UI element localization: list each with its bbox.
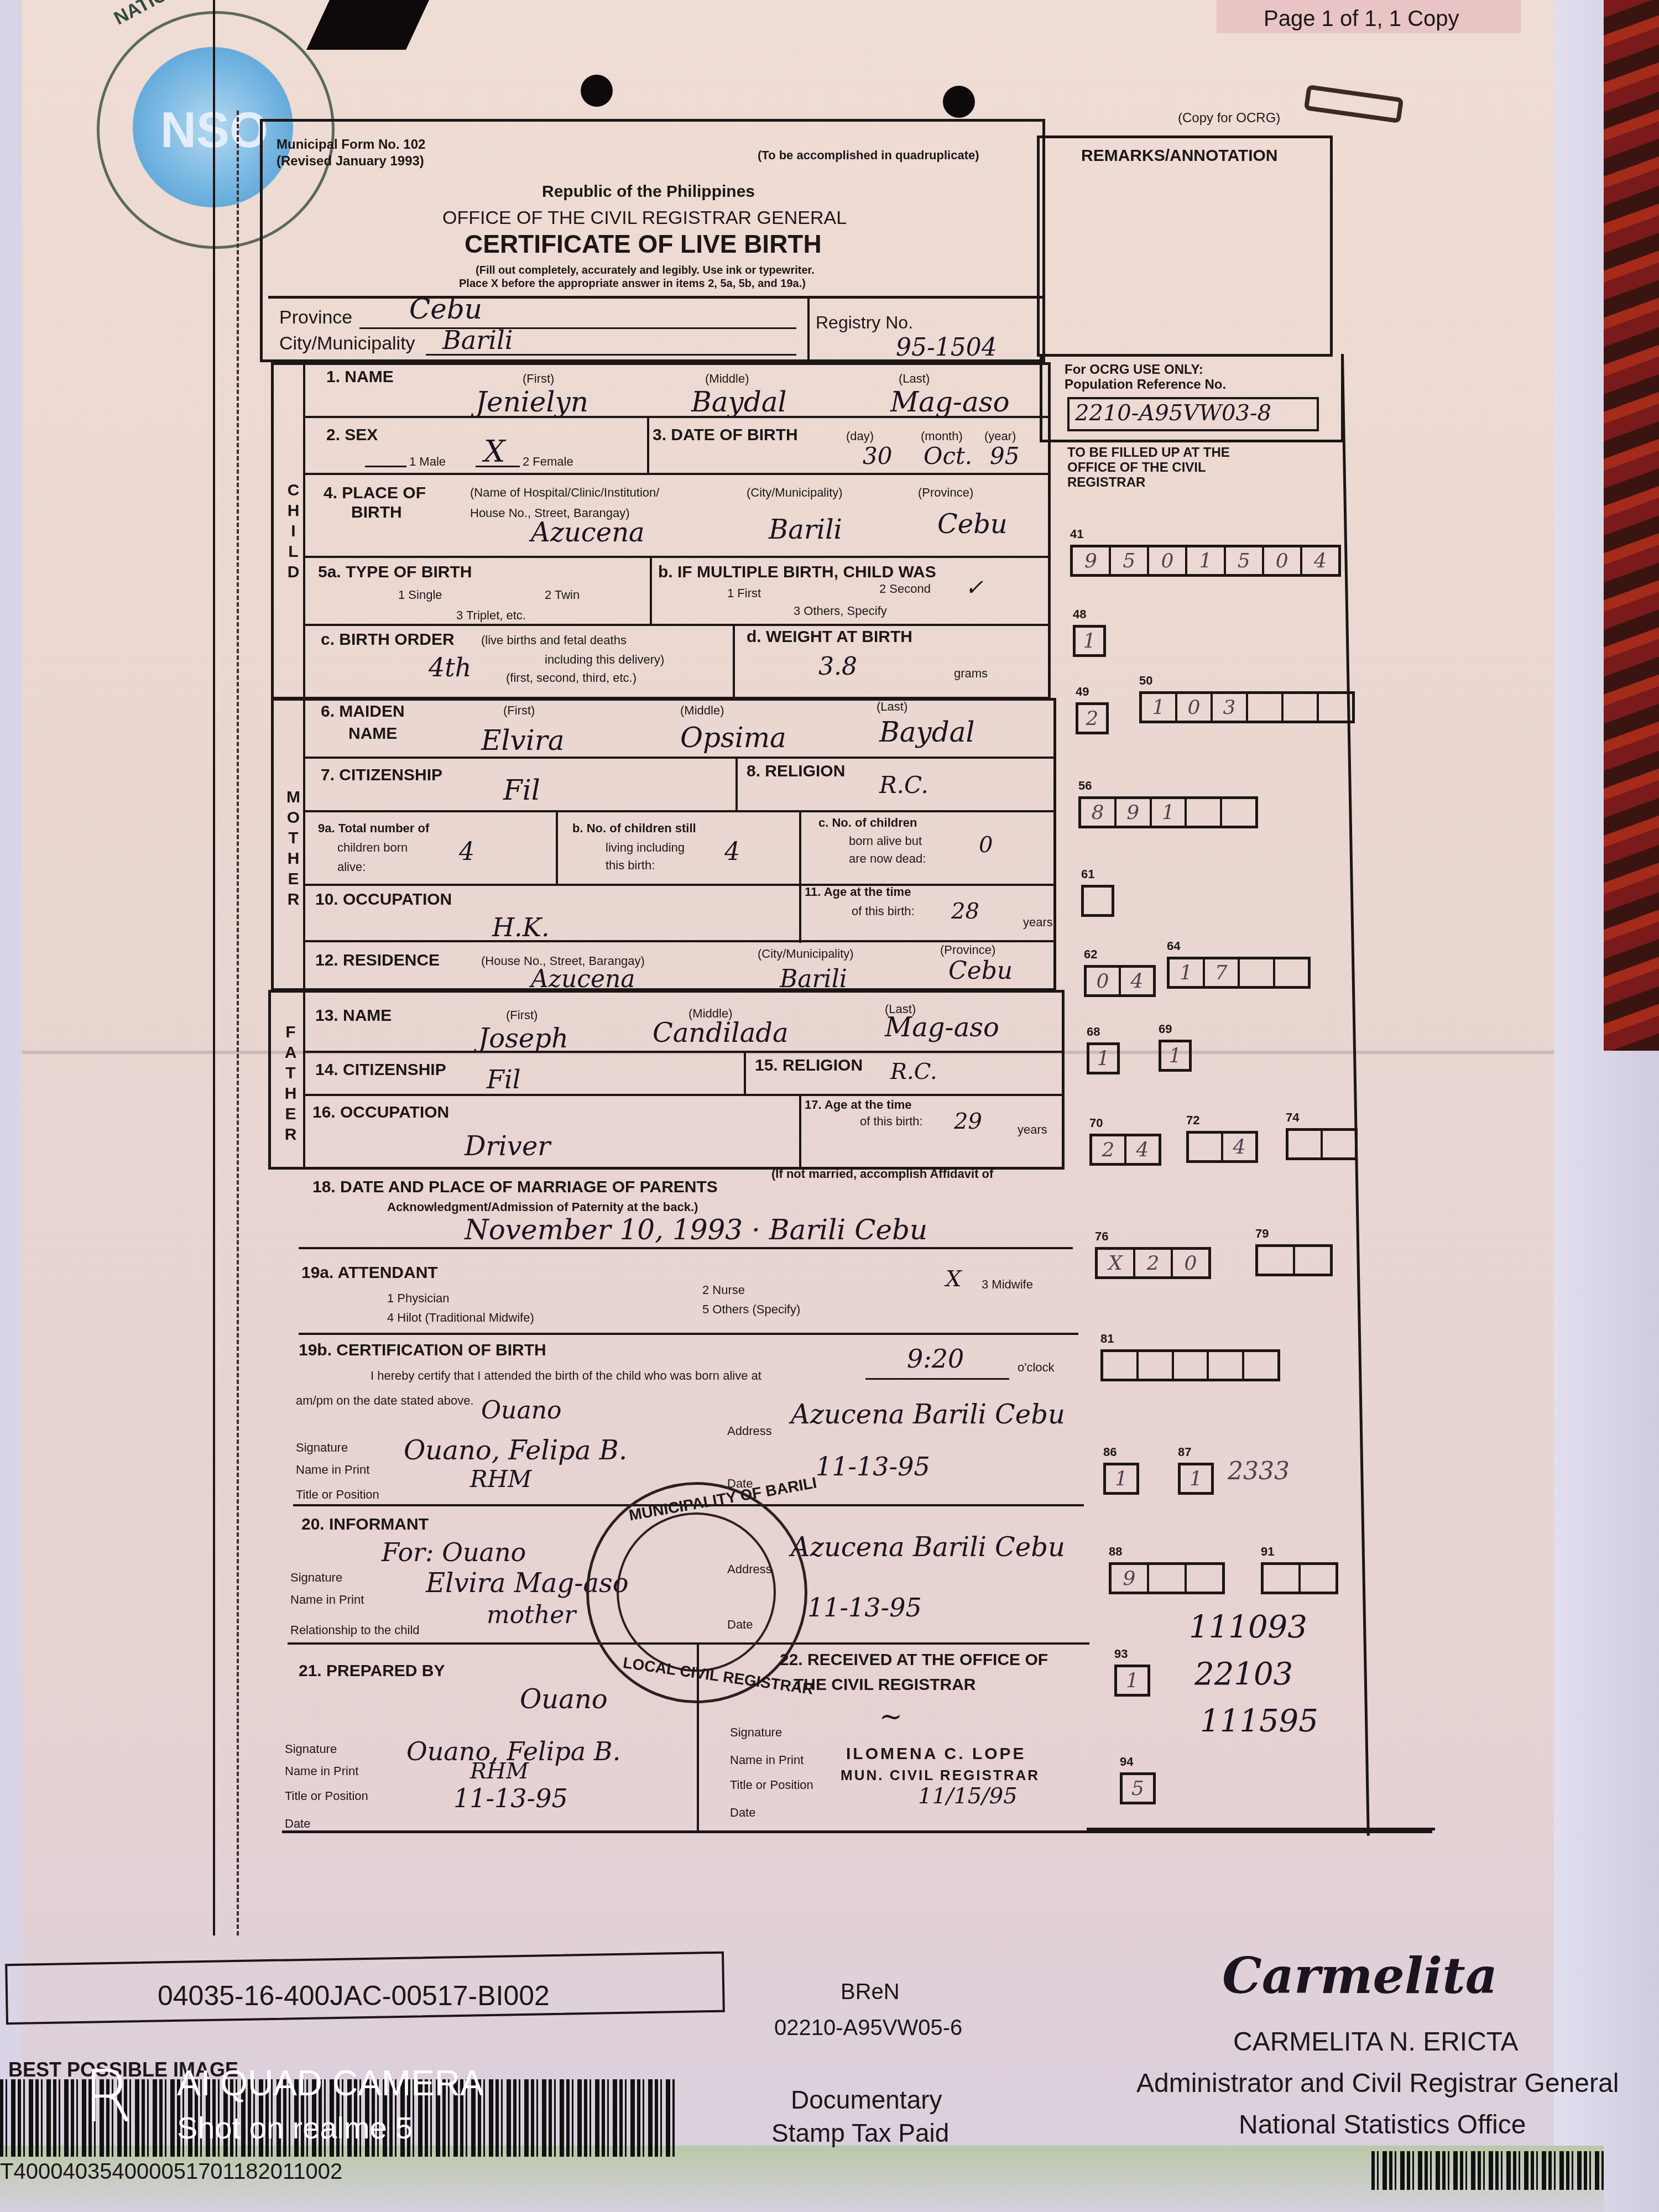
- code-cell: 5: [1226, 547, 1264, 574]
- attendant-title: RHM: [470, 1465, 531, 1493]
- code-62-field[interactable]: 04: [1084, 965, 1156, 997]
- total-children-value: 4: [459, 838, 474, 866]
- code-cell: 1: [1161, 1042, 1189, 1069]
- divider: [282, 1830, 1432, 1833]
- code-cell: 4: [1121, 968, 1153, 994]
- informant-label: 20. INFORMANT: [301, 1515, 429, 1534]
- birth-type-twin[interactable]: 2 Twin: [545, 588, 580, 602]
- code-cell: 0: [1173, 1250, 1208, 1276]
- code-cell: [1222, 799, 1255, 826]
- code-79-label: 79: [1255, 1227, 1269, 1241]
- attendant-name: Ouano, Felipa B.: [404, 1435, 627, 1466]
- father-religion: R.C.: [890, 1059, 937, 1084]
- mother-first-name: Elvira: [481, 724, 564, 757]
- attendant-label: 19a. ATTENDANT: [301, 1264, 438, 1282]
- child-last-name: Mag-aso: [890, 386, 1009, 418]
- code-cell: [1264, 1565, 1301, 1592]
- code-62-label: 62: [1084, 947, 1097, 962]
- dob-month-label: (month): [921, 429, 963, 444]
- living-children-label-3: this birth:: [606, 858, 655, 873]
- maiden-name-label-2: NAME: [348, 724, 397, 743]
- address-label: Address: [727, 1424, 772, 1438]
- divider: [1087, 1828, 1435, 1830]
- father-age-label-2: of this birth:: [860, 1114, 923, 1129]
- code-79-field[interactable]: [1255, 1244, 1333, 1276]
- code-93-field[interactable]: 1: [1114, 1665, 1150, 1697]
- mother-religion-label: 8. RELIGION: [747, 762, 845, 781]
- code-87-field[interactable]: 1: [1178, 1463, 1214, 1495]
- residence-city: Barili: [780, 965, 847, 993]
- handwritten-note-2: 22103: [1194, 1656, 1293, 1692]
- certification-text-2: am/pm on the date stated above.: [296, 1394, 474, 1408]
- ocrg-label: For OCRG USE ONLY:: [1065, 362, 1203, 378]
- divider: [647, 416, 649, 474]
- dead-children-label-3: are now dead:: [849, 852, 926, 866]
- province-label: Province: [279, 307, 352, 328]
- mother-citizenship: Fil: [503, 774, 540, 806]
- multiple-second[interactable]: 2 Second: [879, 582, 931, 596]
- sex-female-mark: X: [484, 434, 505, 469]
- multiple-others[interactable]: 3 Others, Specify: [794, 604, 887, 618]
- page-title: CERTIFICATE OF LIVE BIRTH: [465, 229, 822, 259]
- last-label: (Last): [899, 372, 930, 386]
- mother-occupation-label: 10. OCCUPATION: [315, 890, 452, 909]
- code-56-field[interactable]: 891: [1078, 796, 1258, 828]
- certification-text: I hereby certify that I attended the bir…: [371, 1369, 761, 1383]
- weight-unit: grams: [954, 666, 988, 681]
- code-cell: [1139, 1352, 1174, 1379]
- code-76-label: 76: [1095, 1229, 1108, 1244]
- total-children-label-3: alive:: [337, 860, 366, 874]
- code-cell: 0: [1087, 968, 1121, 994]
- pob-city-hint: (City/Municipality): [747, 486, 843, 500]
- last-label: (Last): [877, 700, 907, 714]
- birth-order-value: 4th: [429, 653, 471, 682]
- attendant-address: Azucena Barili Cebu: [791, 1399, 1065, 1430]
- code-cell: [1319, 694, 1352, 721]
- attendant-midwife[interactable]: 3 Midwife: [982, 1277, 1033, 1292]
- signature-label: Signature: [285, 1742, 337, 1756]
- dead-children-label-2: born alive but: [849, 834, 922, 848]
- code-94-label: 94: [1120, 1755, 1133, 1769]
- sex-label: 2. SEX: [326, 426, 378, 445]
- code-cell: 1: [1117, 1667, 1147, 1694]
- divider: [807, 296, 810, 362]
- population-ref-value: 2210-A95VW03-8: [1075, 400, 1271, 426]
- code-69-label: 69: [1159, 1022, 1172, 1036]
- code-48-label: 48: [1073, 607, 1086, 622]
- fill-up-label-3: REGISTRAR: [1067, 475, 1145, 491]
- code-cell: [1103, 1352, 1139, 1379]
- code-49-label: 49: [1076, 685, 1089, 699]
- maiden-name-label: 6. MAIDEN: [321, 702, 405, 721]
- marriage-value: November 10, 1993 · Barili Cebu: [465, 1214, 927, 1246]
- dob-day: 30: [863, 442, 892, 469]
- weight-value: 3.8: [818, 653, 857, 681]
- divider: [303, 1051, 1063, 1053]
- code-cell: 0: [1177, 694, 1213, 721]
- divider: [305, 810, 1055, 812]
- code-86-field[interactable]: 1: [1103, 1463, 1139, 1495]
- stamp-tax-label-2: Stamp Tax Paid: [771, 2118, 949, 2148]
- father-last-name: Mag-aso: [885, 1012, 999, 1043]
- handwritten-note-3: 111595: [1200, 1703, 1318, 1739]
- remarks-box: [1037, 135, 1333, 357]
- code-cell: 7: [1205, 959, 1240, 986]
- mother-middle-name: Opsima: [680, 722, 786, 754]
- watermark-device: Shot on realme 5: [177, 2110, 413, 2146]
- birth-order-label: c. BIRTH ORDER: [321, 630, 455, 649]
- code-76-field[interactable]: X20: [1095, 1247, 1211, 1279]
- registrar-name: ILOMENA C. LOPE: [846, 1745, 1026, 1764]
- code-cell: [1295, 1247, 1330, 1274]
- code-cell: 9: [1073, 547, 1111, 574]
- title-label: Title or Position: [285, 1789, 368, 1803]
- code-cell: 1: [1170, 959, 1205, 986]
- weight-label: d. WEIGHT AT BIRTH: [747, 628, 912, 646]
- child-section-text: CHILD: [283, 481, 303, 583]
- code-cell: [1149, 1565, 1187, 1592]
- title-label: Title or Position: [730, 1778, 813, 1792]
- child-section-label: CHILD: [283, 481, 300, 588]
- mother-occupation: H.K.: [492, 912, 550, 942]
- code-cell: [1084, 888, 1112, 914]
- birth-type-triplet[interactable]: 3 Triplet, etc.: [456, 608, 526, 623]
- dob-year-label: (year): [984, 429, 1016, 444]
- dead-children-value: 0: [979, 832, 993, 858]
- name-in-print-label: Name in Print: [730, 1753, 804, 1767]
- code-cell: 1: [1076, 628, 1103, 654]
- attendant-date: 11-13-95: [816, 1452, 930, 1481]
- pob-city: Barili: [769, 514, 842, 545]
- first-label: (First): [503, 703, 535, 718]
- code-cell: 1: [1187, 547, 1225, 574]
- punch-hole-right: [943, 86, 975, 118]
- prepared-by-label: 21. PREPARED BY: [299, 1662, 445, 1681]
- code-cell: 1: [1106, 1465, 1136, 1492]
- code-74-label: 74: [1286, 1110, 1299, 1125]
- dead-children-label: c. No. of children: [818, 816, 917, 830]
- code-50-field[interactable]: 103: [1139, 691, 1355, 723]
- living-children-label-2: living including: [606, 841, 685, 855]
- divider: [305, 556, 1049, 558]
- registrar-signature: ~: [879, 1700, 902, 1733]
- divider: [799, 810, 801, 943]
- code-cell: 4: [1302, 547, 1338, 574]
- received-label-2: THE CIVIL REGISTRAR: [794, 1676, 975, 1694]
- code-cell: 5: [1123, 1775, 1153, 1802]
- code-69-field[interactable]: 1: [1159, 1040, 1192, 1072]
- divider: [735, 757, 738, 812]
- preparer-date: 11-13-95: [453, 1783, 568, 1813]
- certification-label: 19b. CERTIFICATION OF BIRTH: [299, 1341, 546, 1360]
- father-name-label: 13. NAME: [315, 1006, 392, 1025]
- divider: [268, 296, 1042, 299]
- code-74-field[interactable]: [1286, 1128, 1358, 1160]
- father-section-label: FATHER: [280, 1023, 297, 1151]
- mother-section-text: MOTHER: [283, 788, 303, 911]
- underline: [426, 354, 796, 356]
- signature-label: Signature: [296, 1441, 348, 1455]
- code-56-label: 56: [1078, 779, 1092, 793]
- birth-type-single[interactable]: 1 Single: [398, 588, 442, 602]
- mother-age-unit: years: [1023, 915, 1053, 930]
- preparer-title: RHM: [470, 1759, 529, 1784]
- divider: [697, 1642, 699, 1833]
- living-children-label: b. No. of children still: [572, 821, 696, 836]
- code-cell: [1189, 1134, 1223, 1160]
- date-label: Date: [730, 1806, 755, 1820]
- birth-order-hint-3: (first, second, third, etc.): [506, 671, 637, 685]
- code-81-label: 81: [1100, 1332, 1114, 1346]
- fill-up-label-2: OFFICE OF THE CIVIL: [1067, 460, 1206, 476]
- sex-female-option[interactable]: 2 Female: [523, 455, 573, 469]
- name-in-print-label: Name in Print: [290, 1593, 364, 1607]
- code-50-label: 50: [1139, 674, 1152, 688]
- code-72-label: 72: [1186, 1113, 1199, 1128]
- mother-age-value: 28: [951, 899, 979, 924]
- child-middle-name: Baydal: [691, 386, 787, 418]
- birth-type-label: 5a. TYPE OF BIRTH: [318, 563, 472, 582]
- attendant-nurse[interactable]: 2 Nurse: [702, 1283, 745, 1297]
- mother-age-label: 11. Age at the time: [805, 885, 911, 899]
- signatory-name: CARMELITA N. ERICTA: [1233, 2027, 1519, 2057]
- checkbox-line: [476, 466, 520, 467]
- signatory-office: National Statistics Office: [1239, 2110, 1526, 2140]
- code-cell: 8: [1081, 799, 1117, 826]
- divider: [305, 884, 1055, 886]
- registry-label: Registry No.: [816, 312, 913, 333]
- mother-age-label-2: of this birth:: [852, 904, 915, 919]
- divider: [305, 624, 1049, 626]
- code-64-field[interactable]: 17: [1167, 957, 1311, 989]
- code-cell: 1: [1181, 1465, 1211, 1492]
- marriage-hint-2: Acknowledgment/Admission of Paternity at…: [387, 1200, 698, 1214]
- residence-province-hint: (Province): [940, 943, 995, 957]
- code-cell: [1244, 1352, 1277, 1379]
- code-cell: 2: [1135, 1250, 1173, 1276]
- divider: [556, 810, 558, 885]
- residence-province: Cebu: [948, 957, 1013, 985]
- sex-male-option[interactable]: 1 Male: [409, 455, 446, 469]
- divider: [303, 1094, 1063, 1096]
- code-41-label: 41: [1070, 527, 1083, 541]
- mother-religion: R.C.: [879, 771, 928, 799]
- code-88-label: 88: [1109, 1545, 1122, 1559]
- remarks-title: REMARKS/ANNOTATION: [1081, 147, 1278, 165]
- multiple-birth-label: b. IF MULTIPLE BIRTH, CHILD WAS: [658, 563, 936, 582]
- code-88-field[interactable]: 9: [1109, 1562, 1225, 1594]
- divider: [733, 624, 735, 698]
- father-first-name: Joseph: [478, 1023, 568, 1054]
- divider: [305, 416, 1049, 418]
- form-revised: (Revised January 1993): [276, 154, 424, 169]
- city-label: City/Municipality: [279, 333, 415, 354]
- registrar-general-signature: Carmelita: [1222, 1947, 1498, 2005]
- handwritten-note-1: 111093: [1189, 1609, 1307, 1645]
- residence-place: Azucena: [531, 965, 635, 993]
- dob-month: Oct.: [924, 442, 972, 469]
- code-61-field[interactable]: [1081, 885, 1114, 917]
- dob-year: 95: [990, 442, 1019, 469]
- code-81-field[interactable]: [1100, 1349, 1280, 1381]
- marriage-hint: (If not married, accomplish Affidavit of: [771, 1167, 993, 1181]
- watermark-camera: AI QUAD CAMERA: [177, 2063, 484, 2104]
- code-cell: [1174, 1352, 1209, 1379]
- father-age-unit: years: [1018, 1123, 1047, 1137]
- date-label: Date: [285, 1817, 310, 1831]
- code-68-label: 68: [1087, 1025, 1100, 1039]
- residence-label: 12. RESIDENCE: [315, 951, 440, 970]
- attendant-physician[interactable]: 1 Physician: [387, 1291, 450, 1306]
- registry-value: 95-1504: [896, 333, 997, 362]
- code-48-field[interactable]: 1: [1073, 625, 1106, 657]
- code-cell: [1275, 959, 1308, 986]
- form-number: Municipal Form No. 102: [276, 137, 425, 153]
- father-religion-label: 15. RELIGION: [755, 1056, 863, 1075]
- marriage-label: 18. DATE AND PLACE OF MARRIAGE OF PARENT…: [312, 1178, 718, 1197]
- office-barcode: [1371, 2151, 1604, 2190]
- code-cell: 9: [1112, 1565, 1149, 1592]
- checkbox-line: [365, 466, 406, 467]
- code-cell: 4: [1223, 1134, 1255, 1160]
- code-cell: 0: [1149, 547, 1187, 574]
- pob-province-hint: (Province): [918, 486, 973, 500]
- father-occupation: Driver: [465, 1131, 550, 1162]
- code-91-label: 91: [1261, 1545, 1274, 1559]
- republic-heading: Republic of the Philippines: [542, 182, 755, 201]
- reference-code: 04035-16-400JAC-00517-BI002: [158, 1980, 550, 2012]
- population-ref-label: Population Reference No.: [1065, 377, 1226, 393]
- barcode-number: T40004035400005170118201100​2: [0, 2159, 342, 2184]
- code-94-field[interactable]: 5: [1120, 1772, 1156, 1804]
- father-age-value: 29: [954, 1109, 982, 1134]
- code-61-label: 61: [1081, 867, 1094, 881]
- multiple-first[interactable]: 1 First: [727, 586, 761, 601]
- realme-logo-icon: R: [83, 2054, 133, 2138]
- middle-label: (Middle): [680, 703, 724, 718]
- divider: [744, 1051, 746, 1095]
- informant-signature: For: Ouano: [382, 1537, 526, 1567]
- father-age-label: 17. Age at the time: [805, 1098, 912, 1112]
- pob-label-2: BIRTH: [351, 503, 402, 522]
- code-49-field[interactable]: 2: [1076, 702, 1109, 734]
- code-cell: X: [1098, 1250, 1135, 1276]
- divider: [799, 1094, 801, 1168]
- multiple-second-mark: ✓: [965, 575, 984, 601]
- oclock-label: o'clock: [1018, 1360, 1055, 1375]
- informant-address: Azucena Barili Cebu: [791, 1532, 1065, 1563]
- code-cell: 5: [1111, 547, 1149, 574]
- signature-label: Signature: [730, 1725, 782, 1740]
- stamp-tax-label: Documentary: [791, 2085, 942, 2115]
- first-label: (First): [506, 1008, 538, 1022]
- father-citizenship: Fil: [487, 1065, 520, 1094]
- registrar-title: MUN. CIVIL REGISTRAR: [841, 1767, 1040, 1784]
- preparer-signature: Ouano: [520, 1684, 608, 1715]
- code-cell: [1248, 694, 1284, 721]
- informant-date: 11-13-95: [807, 1593, 922, 1623]
- middle-label: (Middle): [705, 372, 749, 386]
- dob-day-label: (day): [846, 429, 874, 444]
- mother-section-label: MOTHER: [283, 788, 300, 916]
- code-91-field[interactable]: [1261, 1562, 1338, 1594]
- mother-last-name: Baydal: [879, 716, 975, 748]
- attendant-midwife-mark: X: [946, 1266, 961, 1292]
- city-value: Barili: [442, 325, 513, 355]
- population-ref-field[interactable]: 2210-A95VW03-8: [1067, 397, 1319, 431]
- divider: [305, 473, 1049, 475]
- code-87-note: 2333: [1228, 1457, 1290, 1485]
- quadruplicate-note: (To be accomplished in quadruplicate): [758, 148, 979, 163]
- code-cell: [1240, 959, 1275, 986]
- father-citizenship-label: 14. CITIZENSHIP: [315, 1061, 446, 1079]
- father-section-text: FATHER: [280, 1023, 300, 1146]
- name-in-print-label: Name in Print: [285, 1764, 358, 1778]
- code-64-label: 64: [1167, 939, 1180, 953]
- code-cell: 3: [1213, 694, 1248, 721]
- code-cell: [1258, 1247, 1295, 1274]
- divider: [299, 1247, 1073, 1249]
- code-cell: 9: [1117, 799, 1152, 826]
- child-first-name: Jenielyn: [476, 386, 588, 418]
- code-cell: [1301, 1565, 1335, 1592]
- living-children-value: 4: [724, 838, 740, 866]
- code-93-label: 93: [1114, 1647, 1128, 1661]
- code-cell: [1284, 694, 1319, 721]
- code-70-field[interactable]: 24: [1089, 1134, 1161, 1166]
- office-heading: OFFICE OF THE CIVIL REGISTRAR GENERAL: [442, 207, 847, 229]
- code-70-label: 70: [1089, 1116, 1103, 1130]
- attendant-signature: Ouano: [481, 1396, 561, 1425]
- mother-citizenship-label: 7. CITIZENSHIP: [321, 766, 442, 785]
- informant-relationship: mother: [487, 1601, 576, 1629]
- birth-time: 9:20: [907, 1344, 964, 1374]
- total-children-label: 9a. Total number of: [318, 821, 429, 836]
- first-label: (First): [523, 372, 554, 386]
- attendant-others[interactable]: 5 Others (Specify): [702, 1302, 800, 1317]
- code-cell: [1323, 1131, 1355, 1157]
- pob-place: Azucena: [531, 517, 645, 548]
- title-label: Title or Position: [296, 1488, 379, 1502]
- birth-order-hint: (live births and fetal deaths: [481, 633, 627, 648]
- instructions-line-1: (Fill out completely, accurately and leg…: [476, 264, 815, 277]
- pob-label: 4. PLACE OF: [324, 484, 426, 503]
- code-86-label: 86: [1103, 1445, 1117, 1459]
- page-indicator: Page 1 of 1, 1 Copy: [1264, 7, 1459, 32]
- instructions-line-2: Place X before the appropriate answer in…: [459, 278, 806, 290]
- code-72-field[interactable]: 4: [1186, 1131, 1258, 1163]
- pob-province: Cebu: [937, 509, 1008, 540]
- code-cell: 4: [1126, 1136, 1159, 1163]
- code-cell: 2: [1092, 1136, 1126, 1163]
- father-occupation-label: 16. OCCUPATION: [312, 1103, 449, 1122]
- code-cell: [1288, 1131, 1323, 1157]
- name-in-print-label: Name in Print: [296, 1463, 369, 1477]
- attendant-hilot[interactable]: 4 Hilot (Traditional Midwife): [387, 1311, 534, 1325]
- copy-for-label: (Copy for OCRG): [1178, 111, 1280, 126]
- signature-label: Signature: [290, 1571, 342, 1585]
- code-cell: [1187, 1565, 1222, 1592]
- punch-hole-left: [581, 75, 613, 107]
- pob-hint: (Name of Hospital/Clinic/Institution/: [470, 486, 659, 500]
- code-cell: 1: [1089, 1045, 1117, 1072]
- code-68-field[interactable]: 1: [1087, 1042, 1120, 1074]
- code-41-field[interactable]: 9501504: [1070, 545, 1341, 577]
- divider: [305, 940, 1055, 942]
- fabric-edge: [1604, 0, 1659, 1051]
- code-cell: 1: [1142, 694, 1177, 721]
